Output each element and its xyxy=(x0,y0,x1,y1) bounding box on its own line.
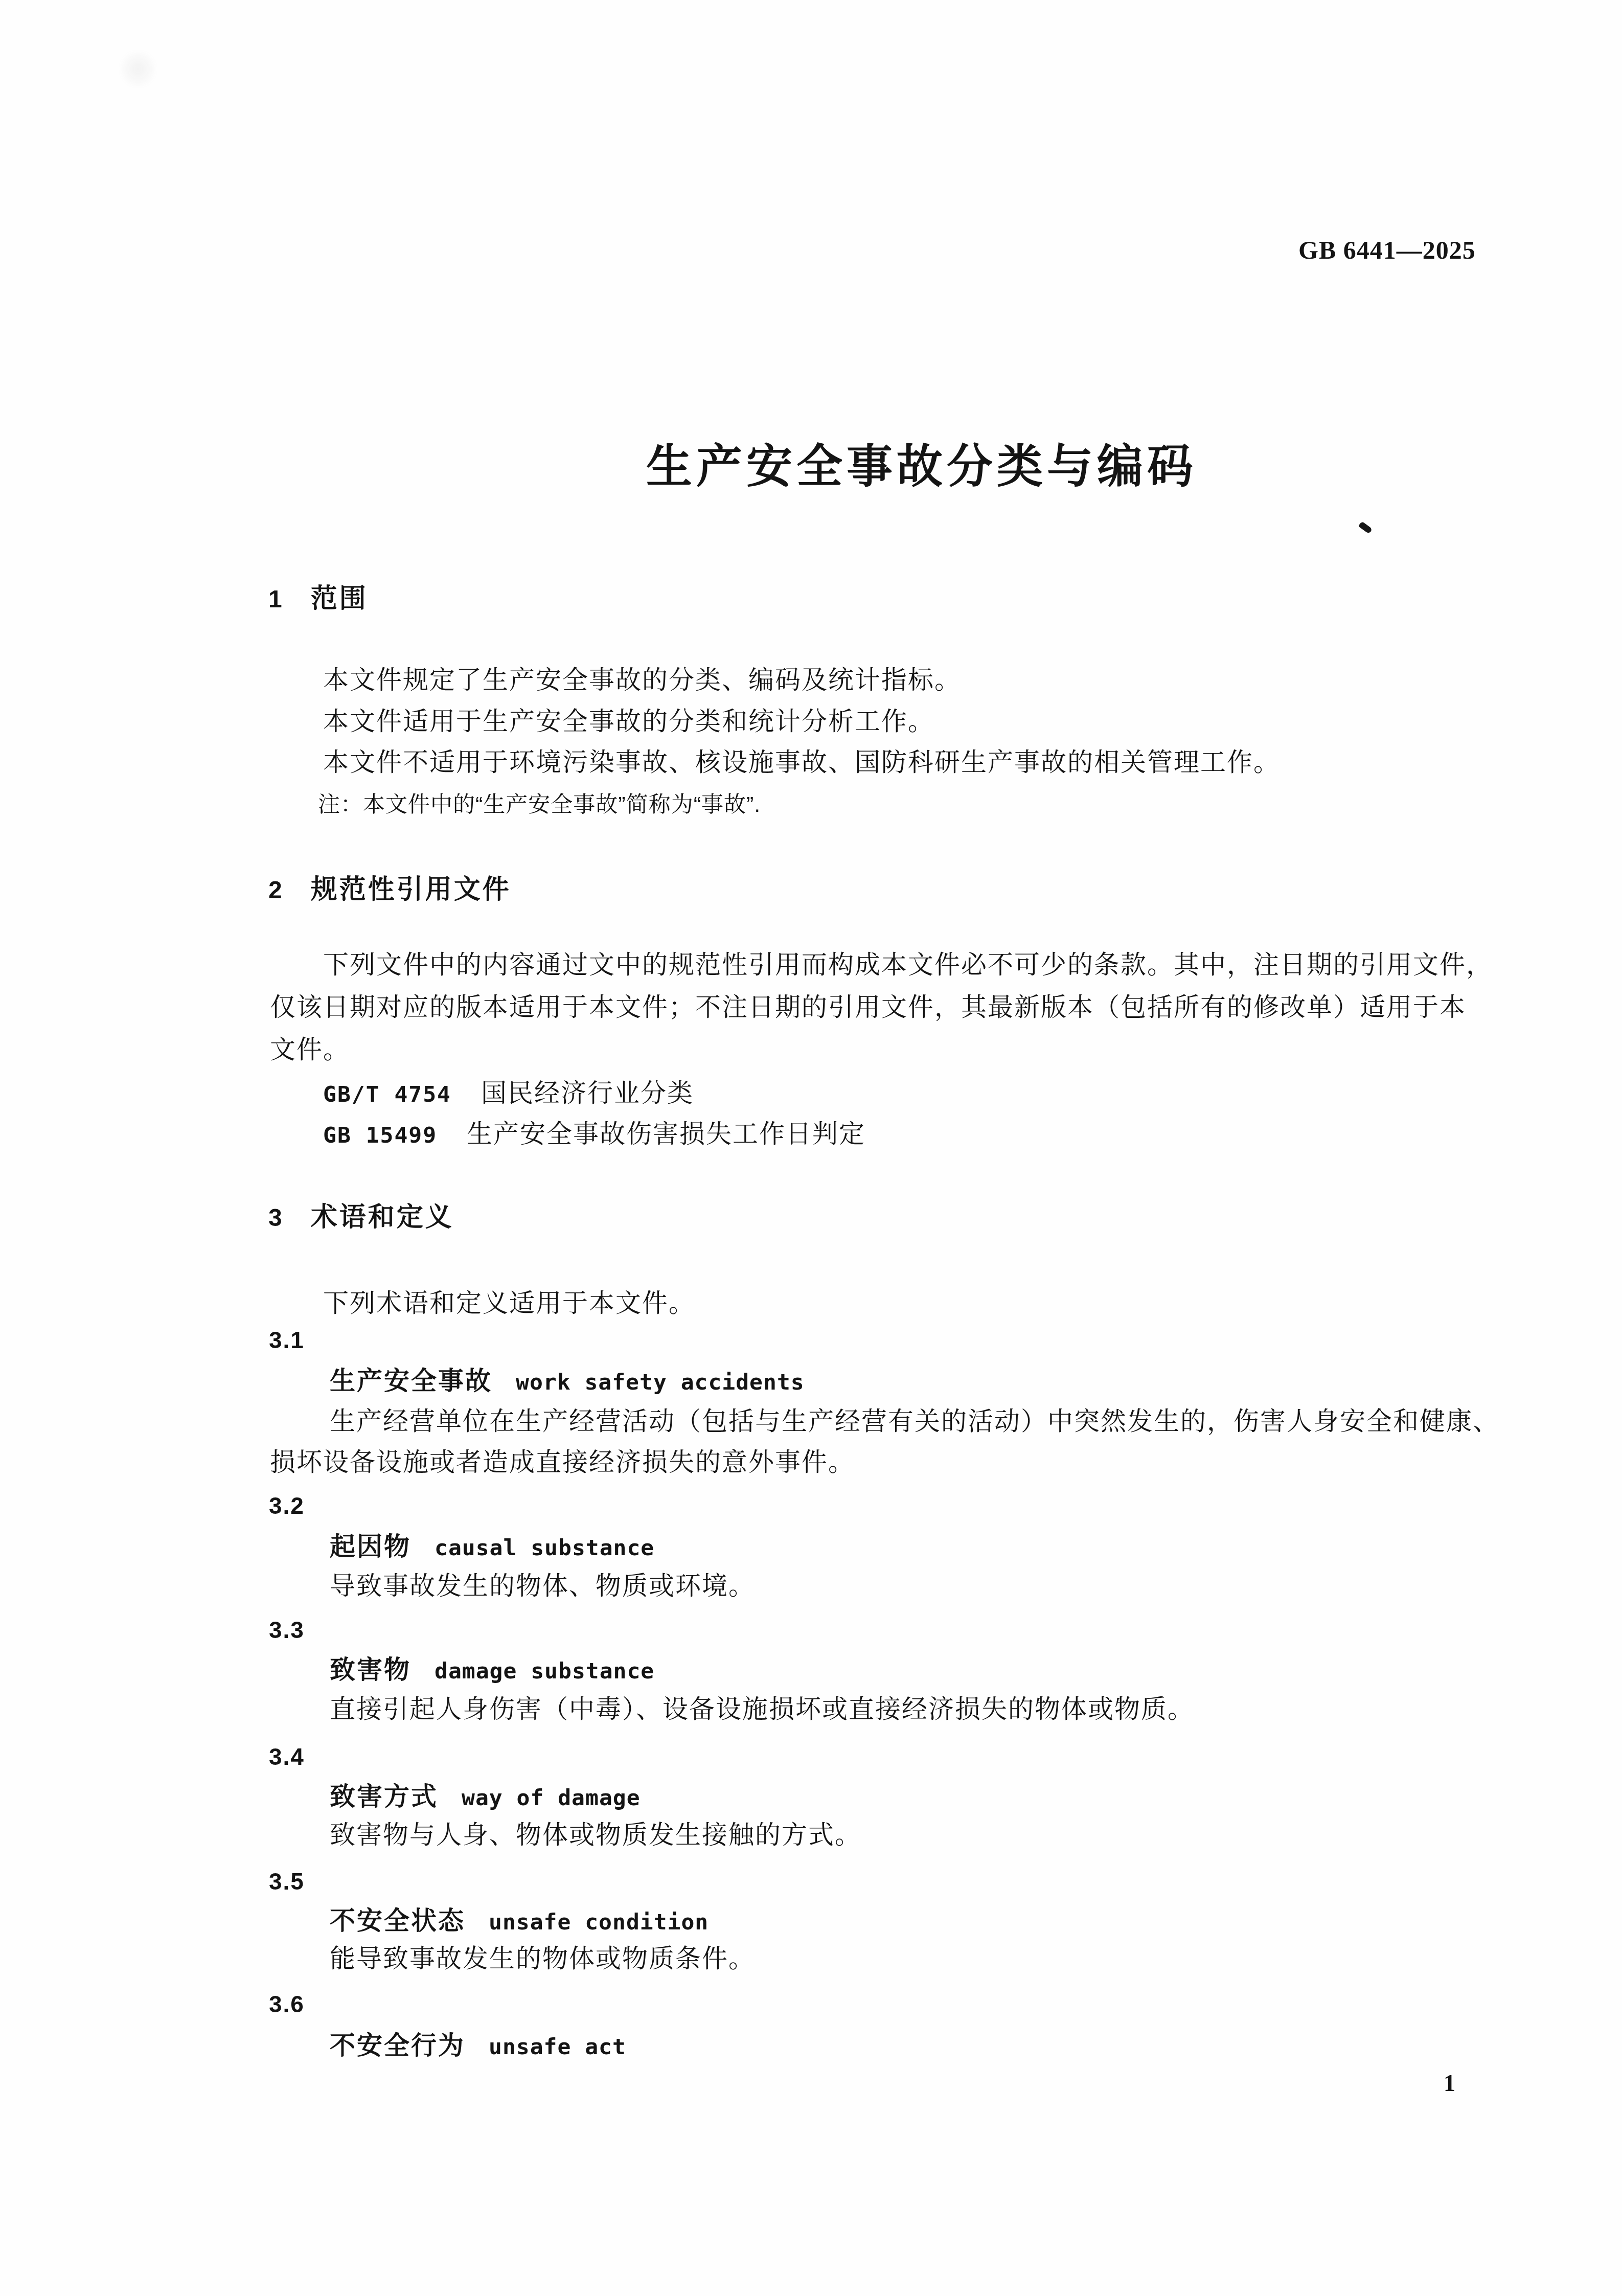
term-number: 3.6 xyxy=(269,1992,305,2016)
term-en: causal substance xyxy=(435,1535,654,1561)
ink-tick-mark xyxy=(1358,521,1373,534)
term-zh: 起因物 xyxy=(330,1532,411,1561)
section-2-number: 2 xyxy=(268,878,282,903)
section-1-heading: 1范围 xyxy=(268,585,368,612)
document-title: 生产安全事故分类与编码 xyxy=(646,444,1197,490)
section-1-paragraph: 本文件规定了生产安全事故的分类、编码及统计指标。 xyxy=(323,667,961,693)
normative-reference: GB/T 4754国民经济行业分类 xyxy=(323,1080,694,1106)
section-3-title: 术语和定义 xyxy=(311,1204,454,1231)
term-number: 3.5 xyxy=(269,1870,305,1893)
reference-code: GB 15499 xyxy=(323,1123,437,1148)
term-definition: 能导致事故发生的物体或物质条件。 xyxy=(330,1946,755,1971)
term-number: 3.1 xyxy=(269,1328,305,1352)
term-entry: 起因物causal substance xyxy=(330,1534,654,1559)
section-3-heading: 3术语和定义 xyxy=(268,1204,454,1231)
reference-title: 国民经济行业分类 xyxy=(481,1080,694,1106)
section-1-title: 范围 xyxy=(311,585,368,612)
term-zh: 不安全状态 xyxy=(330,1906,465,1935)
section-2-paragraph: 仅该日期对应的版本适用于本文件；不注日期的引用文件，其最新版本（包括所有的修改单… xyxy=(270,994,1466,1020)
section-1-note: 注：本文件中的“生产安全事故”简称为“事故”. xyxy=(318,794,761,816)
term-number: 3.3 xyxy=(269,1618,305,1642)
term-definition: 导致事故发生的物体、物质或环境。 xyxy=(330,1573,755,1599)
term-zh: 生产安全事故 xyxy=(330,1367,492,1395)
term-definition: 直接引起人身伤害（中毒）、设备设施损坏或直接经济损失的物体或物质。 xyxy=(330,1696,1194,1722)
normative-reference: GB 15499生产安全事故伤害损失工作日判定 xyxy=(323,1121,865,1147)
term-number: 3.2 xyxy=(269,1494,305,1517)
term-entry: 致害方式way of damage xyxy=(330,1784,641,1809)
term-zh: 致害物 xyxy=(330,1655,411,1684)
section-3-number: 3 xyxy=(268,1206,282,1231)
document-page: GB 6441—2025 生产安全事故分类与编码 1范围 本文件规定了生产安全事… xyxy=(0,0,1622,2296)
term-en: damage substance xyxy=(435,1658,654,1684)
reference-code: GB/T 4754 xyxy=(323,1082,451,1107)
term-en: unsafe condition xyxy=(489,1909,709,1935)
term-definition: 损坏设备设施或者造成直接经济损失的意外事件。 xyxy=(270,1449,855,1475)
page-number: 1 xyxy=(1444,2072,1455,2095)
term-en: unsafe act xyxy=(489,2034,626,2060)
term-entry: 致害物damage substance xyxy=(330,1657,654,1683)
term-definition: 生产经营单位在生产经营活动（包括与生产经营有关的活动）中突然发生的，伤害人身安全… xyxy=(330,1408,1499,1434)
section-2-title: 规范性引用文件 xyxy=(311,876,511,903)
term-zh: 不安全行为 xyxy=(330,2031,465,2060)
standard-code: GB 6441—2025 xyxy=(1298,237,1476,263)
section-1-paragraph: 本文件适用于生产安全事故的分类和统计分析工作。 xyxy=(323,709,934,734)
term-number: 3.4 xyxy=(269,1745,305,1768)
section-2-paragraph: 文件。 xyxy=(270,1037,350,1062)
term-entry: 不安全行为unsafe act xyxy=(330,2033,626,2058)
term-entry: 生产安全事故work safety accidents xyxy=(330,1368,805,1394)
reference-title: 生产安全事故伤害损失工作日判定 xyxy=(467,1121,865,1147)
scan-smudge xyxy=(120,51,156,87)
term-en: work safety accidents xyxy=(516,1370,805,1395)
section-1-number: 1 xyxy=(268,587,282,612)
section-2-heading: 2规范性引用文件 xyxy=(268,876,511,903)
section-3-intro: 下列术语和定义适用于本文件。 xyxy=(323,1290,695,1316)
term-zh: 致害方式 xyxy=(330,1782,438,1811)
term-definition: 致害物与人身、物体或物质发生接触的方式。 xyxy=(330,1822,861,1848)
section-2-paragraph: 下列文件中的内容通过文中的规范性引用而构成本文件必不可少的条款。其中，注日期的引… xyxy=(323,952,1493,977)
term-en: way of damage xyxy=(462,1785,641,1811)
section-1-paragraph: 本文件不适用于环境污染事故、核设施事故、国防科研生产事故的相关管理工作。 xyxy=(323,749,1280,775)
term-entry: 不安全状态unsafe condition xyxy=(330,1908,709,1934)
